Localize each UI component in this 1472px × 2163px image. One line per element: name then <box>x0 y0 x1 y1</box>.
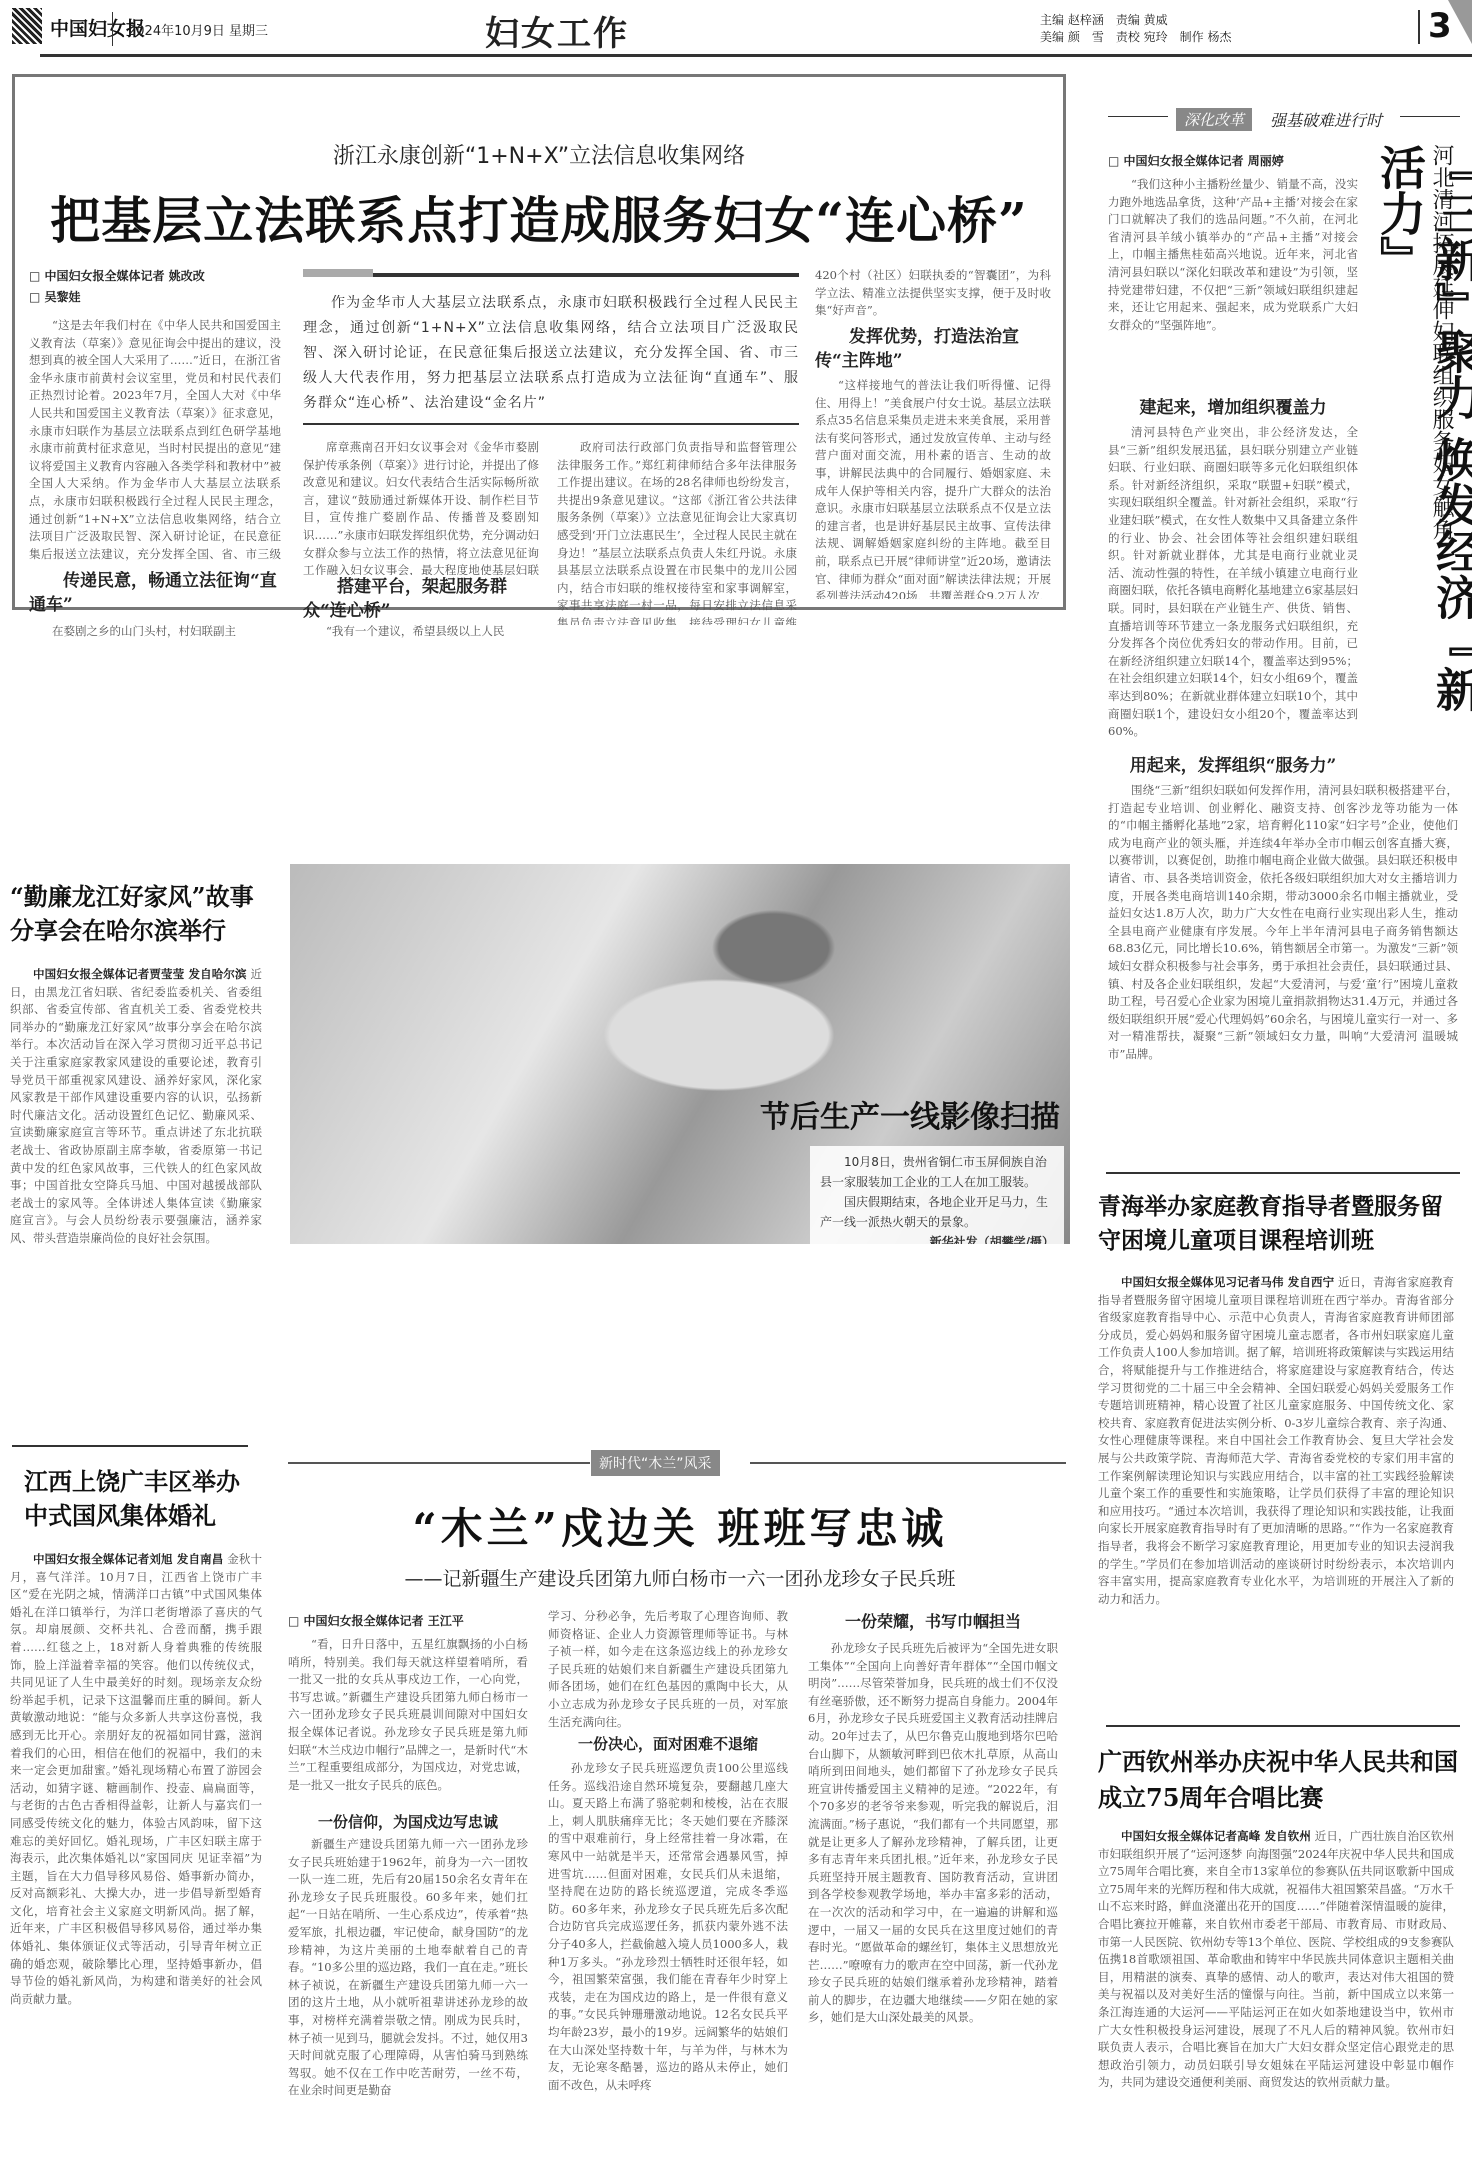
subheading: 一份信仰，为国戍边写忠诚 <box>288 1810 528 1834</box>
divider <box>750 1462 1066 1464</box>
body-text: 近日，青海省家庭教育指导者暨服务留守困境儿童项目课程培训班在西宁举办。青海省部分… <box>1098 1275 1454 1606</box>
lead-paragraph: 作为金华市人大基层立法联系点，永康市妇联积极践行全过程人民民主理念，通过创新“1… <box>303 291 799 416</box>
staff-line-2: 美编 颜 雪 责校 宛玲 制作 杨杰 <box>1040 29 1231 46</box>
article-col-4: “这样接地气的普法让我们听得懂、记得住、用得上！”美食展户付女士说。基层立法联系… <box>815 377 1051 599</box>
article-body: 中国妇女报全媒体记者贾莹莹 发自哈尔滨 近日，由黑龙江省妇联、省纪委监委机关、省… <box>10 966 262 1394</box>
column-tag: 新时代“木兰”风采 <box>591 1450 720 1476</box>
article-col-1: “看，日升日落中，五星红旗飘扬的小白杨哨所，特别美。我们每天就这样望着哨所，看一… <box>288 1636 528 1806</box>
article-subtitle: ——记新疆生产建设兵团第九师白杨市一六一团孙龙珍女子民兵班 <box>280 1564 1080 1591</box>
article-title: “木兰”戍边关 班班写忠诚 <box>280 1496 1080 1556</box>
divider <box>1400 116 1460 117</box>
column-tag-tail: 强基破难进行时 <box>1270 108 1382 131</box>
article-paragraph: 清河县特色产业突出，非公经济发达，全县“三新”组织发展迅猛，县妇联分别建立产业链… <box>1108 424 1358 750</box>
article-title: 把基层立法联系点打造成服务妇女“连心桥” <box>15 181 1063 253</box>
article-body: 中国妇女报全媒体记者刘旭 发自南昌 金秋十月，喜气洋洋。10月7日，江西省上饶市… <box>10 1551 262 2151</box>
qr-code-icon <box>12 8 42 44</box>
article-col-4-head: 420个村（社区）妇联执委的“智囊团”，为科学立法、精准立法提供坚实支撑，便于及… <box>815 267 1051 320</box>
dateline: 中国妇女报全媒体见习记者马伟 发自西宁 <box>1121 1275 1334 1289</box>
lead-rule-accent <box>303 269 373 277</box>
subheading: 一份荣耀，书写巾帼担当 <box>808 1610 1058 1634</box>
staff-line-1: 主编 赵梓涵 责编 黄威 <box>1040 12 1231 29</box>
article-col-2-tail: “我有一个建议，希望县级以上人民 <box>303 623 539 641</box>
editorial-staff: 主编 赵梓涵 责编 黄威 美编 颜 雪 责校 宛玲 制作 杨杰 <box>1040 12 1231 46</box>
lead-bottom-rule <box>303 423 799 425</box>
divider <box>12 1445 248 1447</box>
article-title: 广西钦州举办庆祝中华人民共和国成立75周年合唱比赛 <box>1098 1744 1458 1816</box>
article-col-2: 学习、分秒必争，先后考取了心理咨询师、教师资格证、企业人力资源管理师等证书。与林… <box>548 1608 788 1731</box>
article-col-1b: 新疆生产建设兵团第九师一六一团孙龙珍女子民兵班始建于1962年，前身为一六一团牧… <box>288 1836 528 2152</box>
byline-2: □ 吴黎娃 <box>29 288 229 305</box>
dateline: 中国妇女报全媒体记者刘旭 发自南昌 <box>33 1552 223 1566</box>
byline: □ 中国妇女报全媒体记者 姚改改 □ 吴黎娃 <box>29 267 229 305</box>
article-main: 浙江永康创新“1+N+X”立法信息收集网络 把基层立法联系点打造成服务妇女“连心… <box>12 74 1066 610</box>
vertical-kicker: 河北清河拓展延伸妇联组织服务妇女触角 <box>1426 144 1457 584</box>
lead-rule <box>303 273 799 277</box>
article-title: 江西上饶广丰区举办中式国风集体婚礼 <box>24 1465 244 1533</box>
article-col-1: “这是去年我们村在《中华人民共和国爱国主义教育法（草案）》意见征询会中提出的建议… <box>29 317 281 565</box>
divider <box>288 1462 590 1464</box>
subheading: 搭建平台，架起服务群众“连心桥” <box>303 575 539 623</box>
masthead: 中国妇女报 2024年10月9日 星期三 妇女工作 主编 赵梓涵 责编 黄威 美… <box>0 0 1472 58</box>
subheading: 一份决心，面对困难不退缩 <box>548 1732 788 1756</box>
byline: □ 中国妇女报全媒体记者 周丽婷 <box>1108 152 1284 169</box>
article-hebei: 深化改革 强基破难进行时 □ 中国妇女报全媒体记者 周丽婷 “我们这种小主播粉丝… <box>1080 100 1472 1180</box>
divider <box>1108 116 1168 117</box>
article-col-3: 孙龙珍女子民兵班先后被评为“全国先进女职工集体”“全国向上向善好青年群体”“全国… <box>808 1640 1058 2152</box>
article-col-2b: 孙龙珍女子民兵班巡逻负责100公里巡线任务。巡线沿途自然环境复杂，要翻越几座大山… <box>548 1760 788 2152</box>
divider <box>1418 10 1420 44</box>
article-jiangxi: 江西上饶广丰区举办中式国风集体婚礼 中国妇女报全媒体记者刘旭 发自南昌 金秋十月… <box>0 1465 280 2163</box>
article-body: 中国妇女报全媒体记者高峰 发自钦州 近日，广西壮族自治区钦州市妇联组织开展了“运… <box>1098 1828 1454 2158</box>
divider <box>1106 1172 1460 1174</box>
corner-mark <box>1448 0 1472 44</box>
column-tag: 深化改革 <box>1176 108 1252 131</box>
photo-title: 节后生产一线影像扫描 <box>760 1092 1060 1136</box>
article-heilongjiang: “勤廉龙江好家风”故事分享会在哈尔滨举行 中国妇女报全媒体记者贾莹莹 发自哈尔滨… <box>0 880 280 1400</box>
divider <box>1106 1725 1460 1727</box>
article-col-2: 席章燕南召开妇女议事会对《金华市婺剧保护传承条例（草案）》进行讨论，并提出了修改… <box>303 439 539 575</box>
vertical-title: 『三新』聚力 焕发经济『新活力』 <box>1372 144 1472 724</box>
photo-caption: 10月8日，贵州省铜仁市玉屏侗族自治县一家服装加工企业的工人在加工服装。 国庆假… <box>810 1146 1064 1244</box>
caption-line-2: 国庆假期结束，各地企业开足马力，生产一线一派热火朝天的景象。 <box>820 1192 1054 1232</box>
article-paragraph: 围绕“三新”组织妇联如何发挥作用，清河县妇联积极搭建平台，打造起专业培训、创业孵… <box>1108 782 1458 1094</box>
byline-1: □ 中国妇女报全媒体记者 姚改改 <box>29 267 229 284</box>
article-kicker: 浙江永康创新“1+N+X”立法信息收集网络 <box>15 139 1063 170</box>
article-mulan: 新时代“木兰”风采 “木兰”戍边关 班班写忠诚 ——记新疆生产建设兵团第九师白杨… <box>280 1440 1080 2163</box>
body-text: 近日，广西壮族自治区钦州市妇联组织开展了“运河逐梦 向海图强”2024年庆祝中华… <box>1098 1829 1454 2089</box>
subheading: 传递民意，畅通立法征询“直通车” <box>29 569 281 617</box>
article-body: 中国妇女报全媒体见习记者马伟 发自西宁 近日，青海省家庭教育指导者暨服务留守困境… <box>1098 1274 1454 1694</box>
article-qinghai: 青海举办家庭教育指导者暨服务留守困境儿童项目课程培训班 中国妇女报全媒体见习记者… <box>1090 1180 1460 1720</box>
body-text: 近日，由黑龙江省妇联、省纪委监委机关、省委组织部、省委宣传部、省直机关工委、省委… <box>10 967 262 1245</box>
dateline: 中国妇女报全媒体记者高峰 发自钦州 <box>1121 1829 1311 1843</box>
photo-credit: 新华社发（胡攀学/摄） <box>820 1232 1054 1244</box>
header-rule <box>40 54 1472 57</box>
article-guangxi: 广西钦州举办庆祝中华人民共和国成立75周年合唱比赛 中国妇女报全媒体记者高峰 发… <box>1090 1740 1460 2163</box>
subheading: 用起来，发挥组织“服务力” <box>1108 754 1358 778</box>
subheading: 发挥优势，打造法治宣传“主阵地” <box>815 325 1051 373</box>
article-paragraph: “我们这种小主播粉丝量少、销量不高，没实力跑外地选品拿货，这种‘产品+主播’对接… <box>1108 176 1358 394</box>
byline: □ 中国妇女报全媒体记者 王江平 <box>288 1612 464 1629</box>
article-title: “勤廉龙江好家风”故事分享会在哈尔滨举行 <box>10 880 260 948</box>
section-title: 妇女工作 <box>485 6 629 55</box>
article-title: 青海举办家庭教育指导者暨服务留守困境儿童项目课程培训班 <box>1098 1190 1454 1258</box>
issue-date: 2024年10月9日 星期三 <box>128 20 268 39</box>
article-col-1-tail: 在婺剧之乡的山门头村，村妇联副主 <box>29 623 281 641</box>
article-col-3: 政府司法行政部门负责指导和监督管理公法律服务工作。”郑红莉律师结合多年法律服务工… <box>557 439 797 625</box>
news-photo: 节后生产一线影像扫描 10月8日，贵州省铜仁市玉屏侗族自治县一家服装加工企业的工… <box>290 864 1070 1244</box>
divider <box>112 12 113 46</box>
dateline: 中国妇女报全媒体记者贾莹莹 发自哈尔滨 <box>33 967 247 981</box>
body-text: 金秋十月，喜气洋洋。10月7日，江西省上饶市广丰区“爱在光阴之城，情满洋口古镇”… <box>10 1552 262 2006</box>
caption-line-1: 10月8日，贵州省铜仁市玉屏侗族自治县一家服装加工企业的工人在加工服装。 <box>820 1152 1054 1192</box>
subheading: 建起来，增加组织覆盖力 <box>1108 396 1358 420</box>
